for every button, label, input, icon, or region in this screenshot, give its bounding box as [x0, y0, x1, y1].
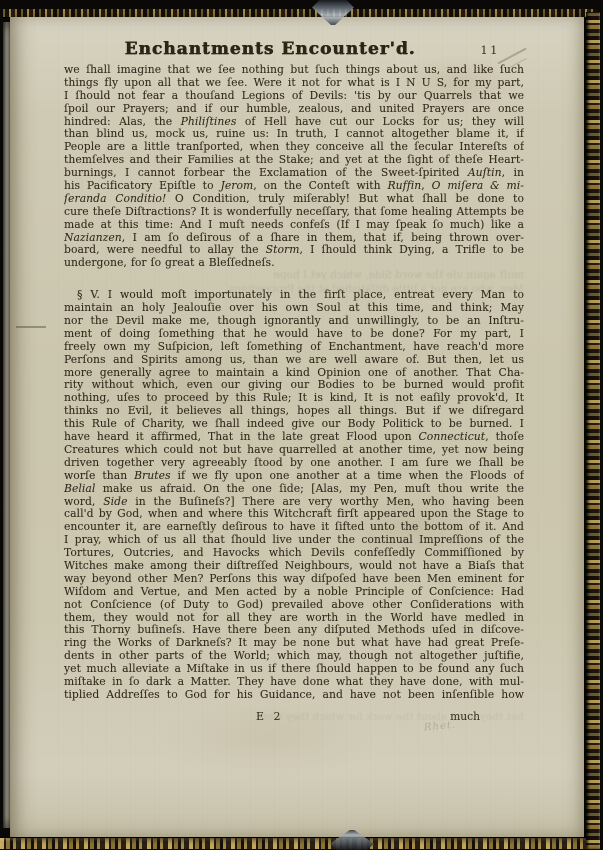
text-line: way beyond other Men? Perſons this way d… [64, 573, 524, 586]
signature-mark: E 2 [256, 710, 284, 723]
text-line: freely own my Suſpicion, leſt ſomething … [64, 341, 524, 354]
text-line: cure theſe Diſtractions? It is wonderful… [64, 206, 524, 219]
text-line: more generally agree to maintain a kind … [64, 367, 524, 380]
text-line: miſtake in ſo dark a Matter. They have d… [64, 676, 524, 689]
text-line: Creatures which could not but have quarr… [64, 444, 524, 457]
gilt-edge-bottom [0, 838, 597, 849]
text-line: driven together very agreeably ſtood by … [64, 457, 524, 470]
pencil-marginalia: Rhet. [424, 720, 457, 734]
text-line: have heard it affirmed, That in the late… [64, 431, 524, 444]
text-line: than blind us, mock us, ruine us: In tru… [64, 128, 524, 141]
text-line: made at this time: And I muſt needs conf… [64, 219, 524, 232]
text-line: Tortures, Outcries, and Havocks which De… [64, 547, 524, 560]
page-header: Enchantments Encounter'd. 11 [40, 39, 500, 63]
text-line: them, they would not for all they are wo… [64, 612, 524, 625]
text-line: Witches make among their diſtreſſed Neig… [64, 560, 524, 573]
text-line: his Pacificatory Epiſtle to Jerom, on th… [64, 180, 524, 193]
text-line: rity without which, even our giving our … [64, 379, 524, 392]
text-line: ment of doing ſomething that he would ha… [64, 328, 524, 341]
text-block: we ſhall imagine that we ſee nothing but… [64, 64, 524, 702]
text-line: ſpoil our Prayers; and if our humble, ze… [64, 103, 524, 116]
text-line: I pray, which of us all that ſhould live… [64, 534, 524, 547]
text-line: yet much alleviate a Miſtake in us if th… [64, 663, 524, 676]
text-line: § V. I would moſt importunately in the f… [64, 289, 524, 302]
running-title: Enchantments Encounter'd. [124, 39, 415, 59]
text-line: nothing, uſes to proceed by this Rule; I… [64, 392, 524, 405]
margin-pencil-dash [16, 326, 46, 328]
text-line: call'd by God, when and where this Witch… [64, 508, 524, 521]
text-line: not Conſcience (of Duty to God) prevaile… [64, 599, 524, 612]
text-line: hindred: Alas, the Philiſtines of Hell h… [64, 116, 524, 129]
text-line: encounter it, are earneſtly deſirous to … [64, 521, 524, 534]
text-line: nor the Devil make me, though ignorantly… [64, 315, 524, 328]
book-page: Enchantments Encounter'd. 11 muſt again … [10, 17, 584, 837]
page-number: 11 [480, 43, 500, 57]
text-line: ſeranda Conditio! O Condition, truly miſ… [64, 193, 524, 206]
text-line: dents in other parts of the World; which… [64, 650, 524, 663]
pencil-stroke [497, 48, 526, 64]
text-line: we ſhall imagine that we ſee nothing but… [64, 64, 524, 77]
text-line: tiplied Addreſſes to God for his Guidanc… [64, 689, 524, 702]
gilt-edge-right [586, 12, 600, 849]
text-line: word, Side in the Buſineſs?] There are v… [64, 496, 524, 509]
text-line: Wiſdom and Vertue, and Men acted by a no… [64, 586, 524, 599]
text-line: I ſhould not fear a thouſand Legions of … [64, 90, 524, 103]
text-line: maintain an holy Jealouſie over his own … [64, 302, 524, 315]
text-line: People are a little tranſported, when th… [64, 141, 524, 154]
text-line: thinks no Evil, it believes all things, … [64, 405, 524, 418]
text-line: Perſons and Spirits among us, than we ar… [64, 354, 524, 367]
text-line: Belial make us afraid. On the one ſide; … [64, 483, 524, 496]
gilt-edge-top [3, 9, 597, 17]
text-line: themſelves and their Families at the Sta… [64, 154, 524, 167]
text-line: things fly upon all that we ſee. Were it… [64, 77, 524, 90]
text-line: ring the Works of Darkneſs? It may be no… [64, 637, 524, 650]
text-line: board, were needful to allay the Storm, … [64, 244, 524, 257]
text-line: this Thorny buſineſs. Have there been an… [64, 624, 524, 637]
text-line: burnings, I cannot forbear the Exclamati… [64, 167, 524, 180]
text-line: undergone, for ſo great a Bleſſedneſs. [64, 257, 524, 270]
text-line: Nazianzen, I am ſo deſirous of a ſhare i… [64, 232, 524, 245]
book-scan: Enchantments Encounter'd. 11 muſt again … [0, 0, 603, 850]
text-line: this Rule of Charity, we ſhall indeed gi… [64, 418, 524, 431]
paragraph-1: we ſhall imagine that we ſee nothing but… [64, 64, 524, 270]
paragraph-2: § V. I would moſt importunately in the f… [64, 289, 524, 702]
text-line: worſe than Brutes if we fly upon one ano… [64, 470, 524, 483]
